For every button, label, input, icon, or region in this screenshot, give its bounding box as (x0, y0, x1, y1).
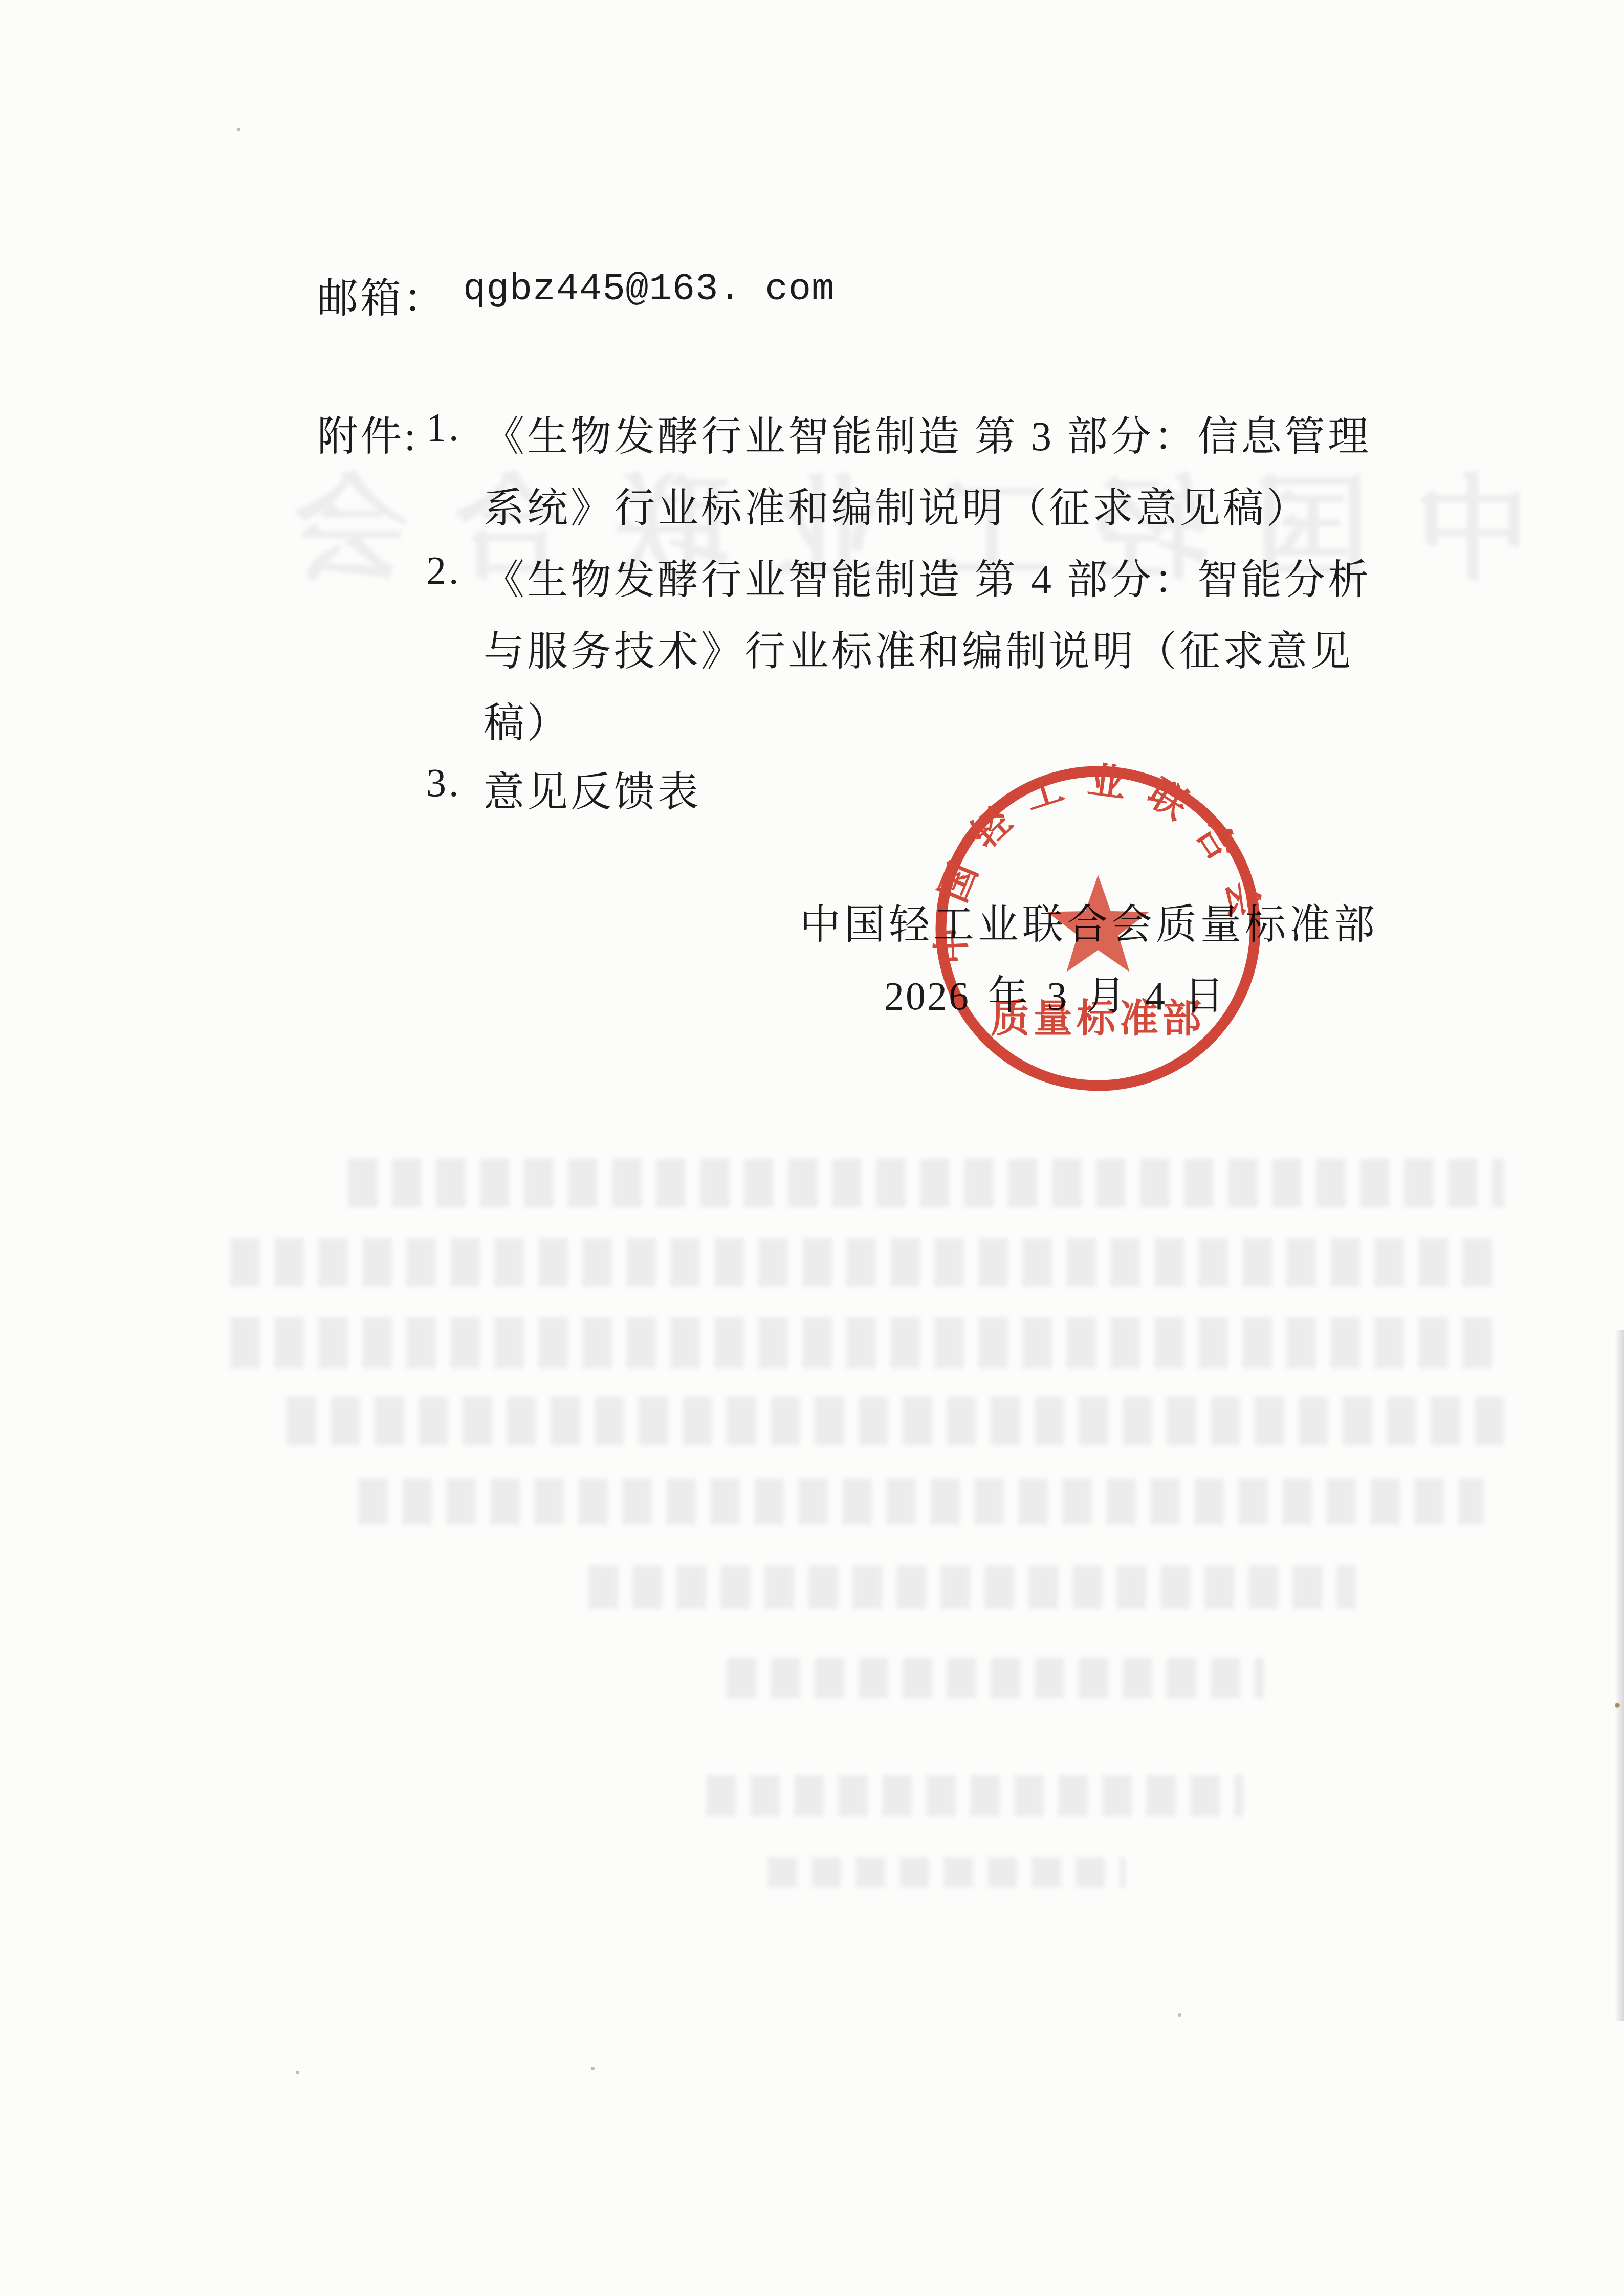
attachment-3-number: 3. (426, 760, 462, 806)
scanned-document-page: 中国轻工业联合会 邮箱： qgbz445@163. com 附件: 1. 《生物… (0, 0, 1624, 2296)
bleedthrough-text-row (287, 1397, 1504, 1445)
attachment-2-line-1: 《生物发酵行业智能制造 第 4 部分：智能分析 (484, 546, 1371, 605)
email-label: 邮箱： (317, 265, 446, 324)
bleedthrough-text-row (348, 1159, 1504, 1207)
scan-color-speck (1615, 1703, 1620, 1708)
bleedthrough-text-row (727, 1658, 1264, 1698)
official-seal: 中国轻工业联合会 质量标准部 (929, 760, 1267, 1097)
scan-speck (296, 2071, 299, 2074)
attachment-row-1: 附件: 1. 《生物发酵行业智能制造 第 3 部分：信息管理 (0, 403, 1624, 459)
attachment-row-2: 系统》行业标准和编制说明（征求意见稿） (0, 475, 1624, 531)
bleedthrough-text-row (358, 1478, 1484, 1525)
email-address: qgbz445@163. com (463, 268, 835, 311)
attachment-row-3: 2. 《生物发酵行业智能制造 第 4 部分：智能分析 (0, 546, 1624, 603)
bleedthrough-text-row (230, 1238, 1499, 1287)
attachment-1-line-2: 系统》行业标准和编制说明（征求意见稿） (484, 475, 1310, 534)
attachment-row-6: 3. 意见反馈表 (0, 759, 1624, 815)
seal-star-icon (1047, 875, 1149, 972)
scan-edge-shadow (1615, 1330, 1624, 2021)
scan-speck (237, 128, 240, 131)
bleedthrough-text-row (767, 1857, 1126, 1888)
email-line: 邮箱： qgbz445@163. com (0, 265, 1624, 321)
bleedthrough-text-row (230, 1317, 1494, 1368)
attachment-2-number: 2. (426, 547, 462, 593)
seal-bottom-text: 质量标准部 (991, 998, 1205, 1041)
attachment-1-line-1: 《生物发酵行业智能制造 第 3 部分：信息管理 (484, 403, 1371, 462)
attachment-2-line-2: 与服务技术》行业标准和编制说明（征求意见 (484, 618, 1353, 677)
attachment-1-number: 1. (426, 404, 462, 450)
bleedthrough-text-row (588, 1565, 1356, 1609)
attachment-2-line-3: 稿） (484, 690, 570, 748)
attachment-3-line-1: 意见反馈表 (484, 759, 701, 818)
scan-speck (591, 2067, 595, 2070)
scan-speck (1178, 2013, 1181, 2017)
attachment-row-4: 与服务技术》行业标准和编制说明（征求意见 (0, 618, 1624, 674)
bleedthrough-text-row (706, 1775, 1243, 1816)
attachment-row-5: 稿） (0, 690, 1624, 746)
attachments-label: 附件: (317, 403, 418, 462)
